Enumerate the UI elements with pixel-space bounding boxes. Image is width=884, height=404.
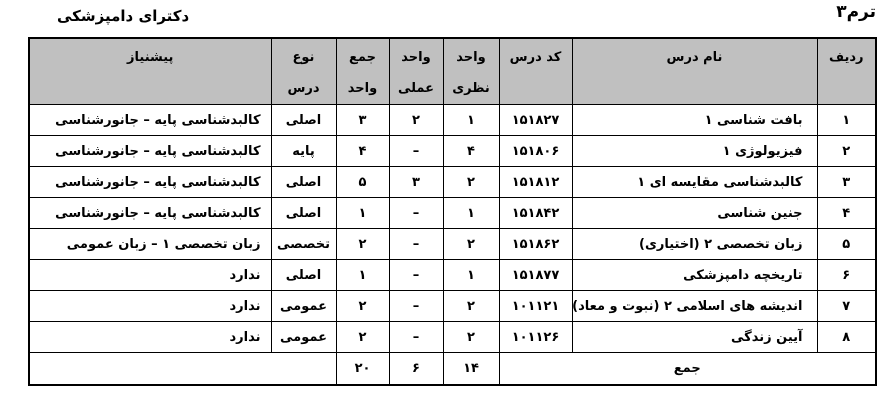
- header-total-units: جمع واحد: [336, 38, 389, 105]
- total-units-cell: ۲: [336, 291, 389, 322]
- practical-units-cell: –: [389, 322, 443, 353]
- header-practical-units: واحد عملی: [389, 38, 443, 105]
- sum-theory-cell: ۱۴: [443, 353, 499, 386]
- course-row: ۵ زبان تخصصی ۲ (اختیاری) ۱۵۱۸۶۲ ۲ – ۲ تخ…: [29, 229, 876, 260]
- practical-units-cell: ۳: [389, 167, 443, 198]
- course-row: ۲ فیزیولوژی ۱ ۱۵۱۸۰۶ ۴ – ۴ پایه کالبدشنا…: [29, 136, 876, 167]
- course-name-cell: اندیشه های اسلامی ۲ (نبوت و معاد): [572, 291, 817, 322]
- course-name-cell: آیین زندگی: [572, 322, 817, 353]
- course-code-cell: ۱۵۱۸۷۷: [499, 260, 572, 291]
- course-row: ۴ جنین شناسی ۱۵۱۸۴۲ ۱ – ۱ اصلی کالبدشناس…: [29, 198, 876, 229]
- total-units-cell: ۲: [336, 322, 389, 353]
- header-course-code: کد درس: [499, 38, 572, 105]
- term-title: ترم۳: [836, 2, 876, 22]
- course-row: ۱ بافت شناسی ۱ ۱۵۱۸۲۷ ۱ ۲ ۳ اصلی کالبدشن…: [29, 105, 876, 136]
- prerequisite-cell: کالبدشناسی پایه – جانورشناسی: [29, 167, 271, 198]
- header-theory-units: واحد نظری: [443, 38, 499, 105]
- row-number-cell: ۶: [817, 260, 876, 291]
- row-number-cell: ۲: [817, 136, 876, 167]
- course-code-cell: ۱۵۱۸۶۲: [499, 229, 572, 260]
- course-type-cell: عمومی: [271, 322, 336, 353]
- total-units-cell: ۱: [336, 198, 389, 229]
- course-row: ۸ آیین زندگی ۱۰۱۱۲۶ ۲ – ۲ عمومی ندارد: [29, 322, 876, 353]
- curriculum-table: ردیف نام درس کد درس واحد نظری واحد عملی …: [28, 37, 877, 386]
- practical-units-cell: –: [389, 229, 443, 260]
- course-code-cell: ۱۵۱۸۰۶: [499, 136, 572, 167]
- row-number-cell: ۱: [817, 105, 876, 136]
- row-number-cell: ۵: [817, 229, 876, 260]
- row-number-cell: ۷: [817, 291, 876, 322]
- course-name-cell: بافت شناسی ۱: [572, 105, 817, 136]
- sum-practical-cell: ۶: [389, 353, 443, 386]
- total-units-cell: ۳: [336, 105, 389, 136]
- course-name-cell: کالبدشناسی مقایسه ای ۱: [572, 167, 817, 198]
- course-name-cell: فیزیولوژی ۱: [572, 136, 817, 167]
- course-code-cell: ۱۵۱۸۲۷: [499, 105, 572, 136]
- theory-units-cell: ۱: [443, 198, 499, 229]
- theory-units-cell: ۴: [443, 136, 499, 167]
- theory-units-cell: ۲: [443, 291, 499, 322]
- theory-units-cell: ۲: [443, 322, 499, 353]
- sum-total-cell: ۲۰: [336, 353, 389, 386]
- course-code-cell: ۱۵۱۸۱۲: [499, 167, 572, 198]
- total-units-cell: ۲: [336, 229, 389, 260]
- course-type-cell: تخصصی: [271, 229, 336, 260]
- sum-empty-cell: [29, 353, 336, 386]
- practical-units-cell: –: [389, 291, 443, 322]
- header-row-number: ردیف: [817, 38, 876, 105]
- course-type-cell: پایه: [271, 136, 336, 167]
- prerequisite-cell: ندارد: [29, 260, 271, 291]
- course-row: ۶ تاریخچه دامپزشکی ۱۵۱۸۷۷ ۱ – ۱ اصلی ندا…: [29, 260, 876, 291]
- total-units-cell: ۴: [336, 136, 389, 167]
- course-row: ۳ کالبدشناسی مقایسه ای ۱ ۱۵۱۸۱۲ ۲ ۳ ۵ اص…: [29, 167, 876, 198]
- header-course-type: نوع درس: [271, 38, 336, 105]
- practical-units-cell: –: [389, 260, 443, 291]
- course-code-cell: ۱۰۱۱۲۱: [499, 291, 572, 322]
- course-type-cell: اصلی: [271, 260, 336, 291]
- course-name-cell: جنین شناسی: [572, 198, 817, 229]
- sum-row: جمع ۱۴ ۶ ۲۰: [29, 353, 876, 386]
- row-number-cell: ۴: [817, 198, 876, 229]
- course-type-cell: اصلی: [271, 105, 336, 136]
- course-row: ۷ اندیشه های اسلامی ۲ (نبوت و معاد) ۱۰۱۱…: [29, 291, 876, 322]
- prerequisite-cell: کالبدشناسی پایه – جانورشناسی: [29, 198, 271, 229]
- prerequisite-cell: ندارد: [29, 322, 271, 353]
- theory-units-cell: ۱: [443, 105, 499, 136]
- practical-units-cell: ۲: [389, 105, 443, 136]
- course-code-cell: ۱۰۱۱۲۶: [499, 322, 572, 353]
- course-type-cell: اصلی: [271, 167, 336, 198]
- theory-units-cell: ۱: [443, 260, 499, 291]
- theory-units-cell: ۲: [443, 229, 499, 260]
- prerequisite-cell: کالبدشناسی پایه – جانورشناسی: [29, 136, 271, 167]
- course-name-cell: زبان تخصصی ۲ (اختیاری): [572, 229, 817, 260]
- course-type-cell: عمومی: [271, 291, 336, 322]
- prerequisite-cell: کالبدشناسی پایه – جانورشناسی: [29, 105, 271, 136]
- practical-units-cell: –: [389, 136, 443, 167]
- row-number-cell: ۸: [817, 322, 876, 353]
- row-number-cell: ۳: [817, 167, 876, 198]
- course-type-cell: اصلی: [271, 198, 336, 229]
- header-prerequisite: پیشنیاز: [29, 38, 271, 105]
- total-units-cell: ۵: [336, 167, 389, 198]
- practical-units-cell: –: [389, 198, 443, 229]
- course-code-cell: ۱۵۱۸۴۲: [499, 198, 572, 229]
- program-title: دکترای دامپزشکی: [57, 7, 189, 25]
- total-units-cell: ۱: [336, 260, 389, 291]
- theory-units-cell: ۲: [443, 167, 499, 198]
- sum-label-cell: جمع: [499, 353, 876, 386]
- header-course-name: نام درس: [572, 38, 817, 105]
- course-name-cell: تاریخچه دامپزشکی: [572, 260, 817, 291]
- header-row: ردیف نام درس کد درس واحد نظری واحد عملی …: [29, 38, 876, 105]
- prerequisite-cell: زبان تخصصی ۱ – زبان عمومی: [29, 229, 271, 260]
- prerequisite-cell: ندارد: [29, 291, 271, 322]
